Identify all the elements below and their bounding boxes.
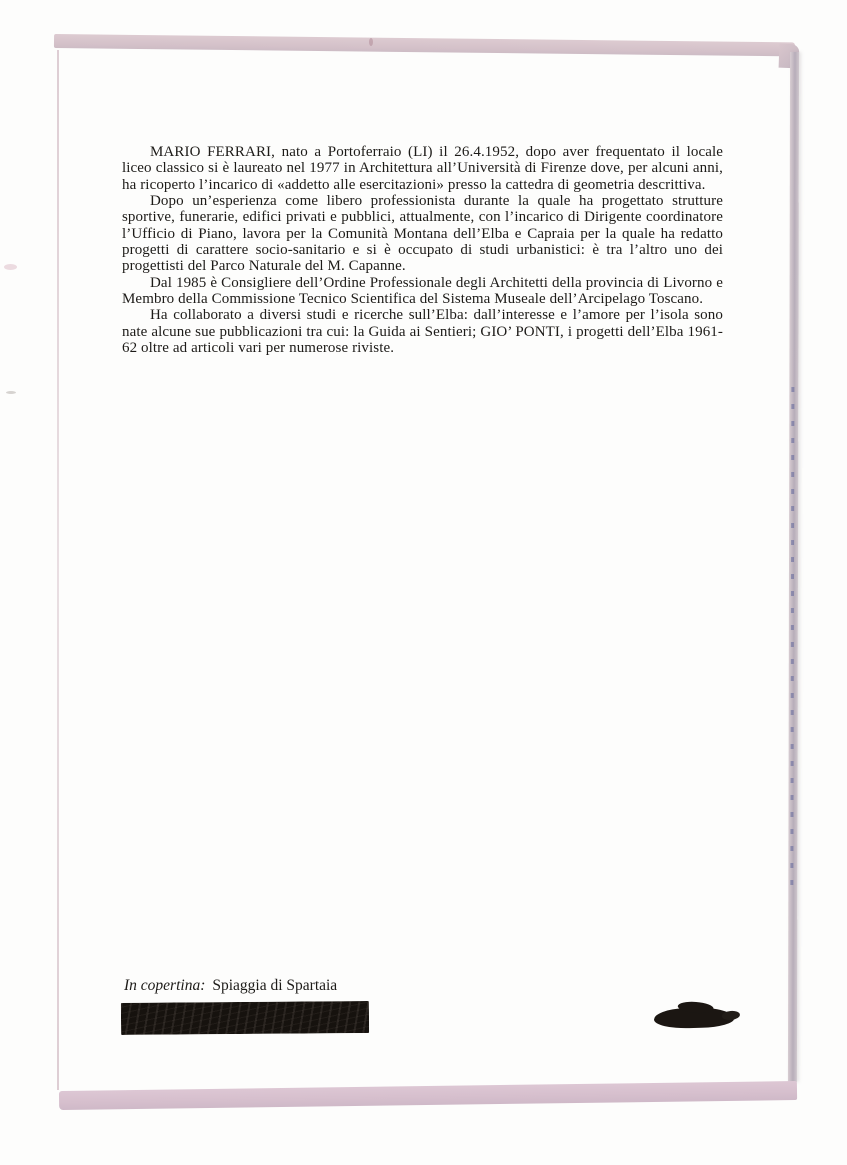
scan-artifact-top [369,38,373,46]
page-edge-bottom [59,1081,797,1110]
redaction-smudge-bump [677,1001,714,1015]
redaction-bar [121,1001,369,1035]
cover-caption: In copertina:Spiaggia di Spartaia [124,977,337,995]
page-edge-print-specks [790,387,794,897]
caption-label: In copertina: [124,977,205,994]
page-edge-right [788,52,799,1082]
bio-paragraph-3: Dal 1985 è Consigliere dell’Ordine Profe… [122,275,723,308]
bio-paragraph-1: MARIO FERRARI, nato a Portoferraio (LI) … [122,144,723,193]
page-edge-top [54,34,795,56]
page-edge-left [57,50,59,1090]
biography-text: MARIO FERRARI, nato a Portoferraio (LI) … [122,144,723,356]
scanned-book-page: MARIO FERRARI, nato a Portoferraio (LI) … [0,0,847,1165]
bio-paragraph-4: Ha collaborato a diversi studi e ricerch… [122,307,723,356]
bio-paragraph-2: Dopo un’esperienza come libero professio… [122,193,723,275]
redaction-smudge-tail [722,1010,741,1021]
scan-artifact-left-upper [4,264,17,270]
caption-title: Spiaggia di Spartaia [212,977,337,994]
scan-artifact-left-lower [6,391,16,394]
redaction-smudge [654,1007,735,1029]
